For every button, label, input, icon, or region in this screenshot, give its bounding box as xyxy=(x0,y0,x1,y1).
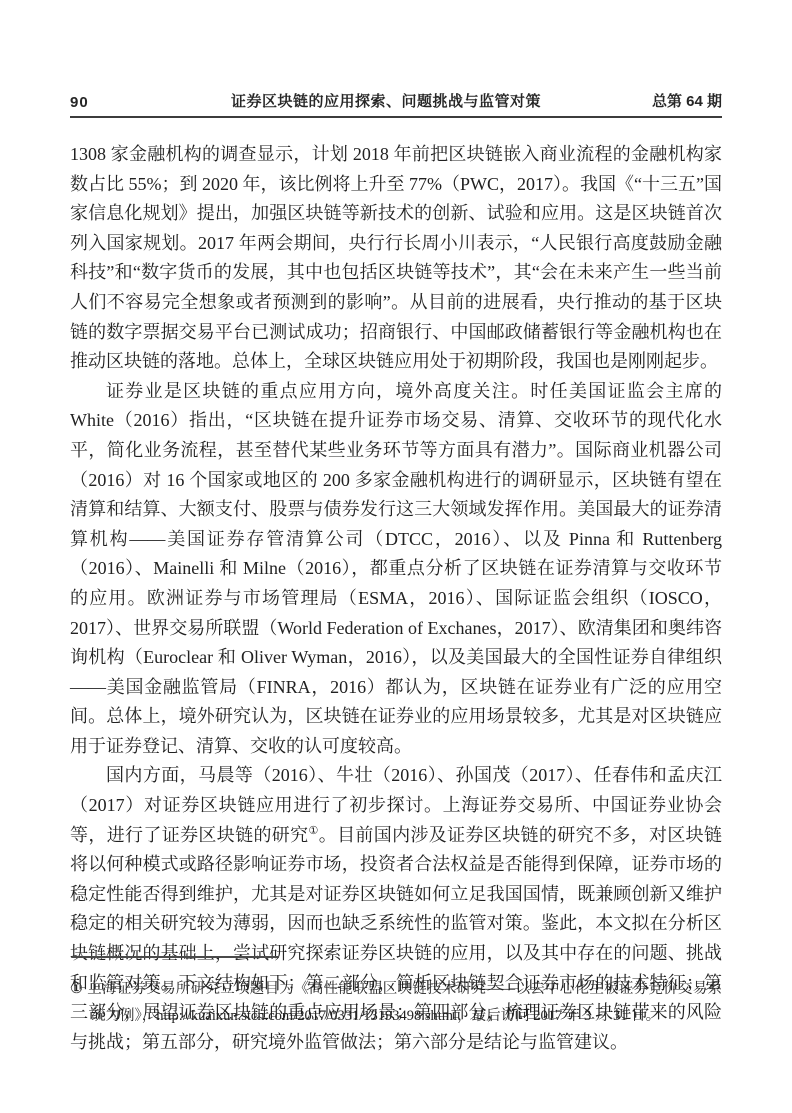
issue-number: 总第 64 期 xyxy=(642,90,722,111)
paragraph-1-text: 1308 家金融机构的调查显示，计划 2018 年前把区块链嵌入商业流程的金融机… xyxy=(70,144,722,371)
footnote-marker: ① xyxy=(70,981,83,997)
paragraph-2-text: 证券业是区块链的重点应用方向，境外高度关注。时任美国证监会主席的 White（2… xyxy=(70,381,722,756)
footnote: ①上海证券交易所研究立项题目为《高性能联盟区块链技术研究——以去中心化主板证券竞… xyxy=(70,976,722,1030)
footnote-separator-rule xyxy=(72,956,279,958)
paragraph-1: 1308 家金融机构的调查显示，计划 2018 年前把区块链嵌入商业流程的金融机… xyxy=(70,140,722,377)
running-title: 证券区块链的应用探索、问题挑战与监管对策 xyxy=(130,90,642,111)
page-number: 90 xyxy=(70,94,130,111)
footnote-text: 上海证券交易所研究立项题目为《高性能联盟区块链技术研究——以去中心化主板证券竞价… xyxy=(87,981,722,1024)
running-header: 90 证券区块链的应用探索、问题挑战与监管对策 总第 64 期 xyxy=(70,90,722,118)
footnote-body: ①上海证券交易所研究立项题目为《高性能联盟区块链技术研究——以去中心化主板证券竞… xyxy=(70,976,722,1030)
footnote-reference-mark: ① xyxy=(309,825,319,837)
document-page: 90 证券区块链的应用探索、问题挑战与监管对策 总第 64 期 1308 家金融… xyxy=(0,0,792,1113)
paragraph-2: 证券业是区块链的重点应用方向，境外高度关注。时任美国证监会主席的 White（2… xyxy=(70,377,722,762)
article-body: 1308 家金融机构的调查显示，计划 2018 年前把区块链嵌入商业流程的金融机… xyxy=(70,140,722,1057)
